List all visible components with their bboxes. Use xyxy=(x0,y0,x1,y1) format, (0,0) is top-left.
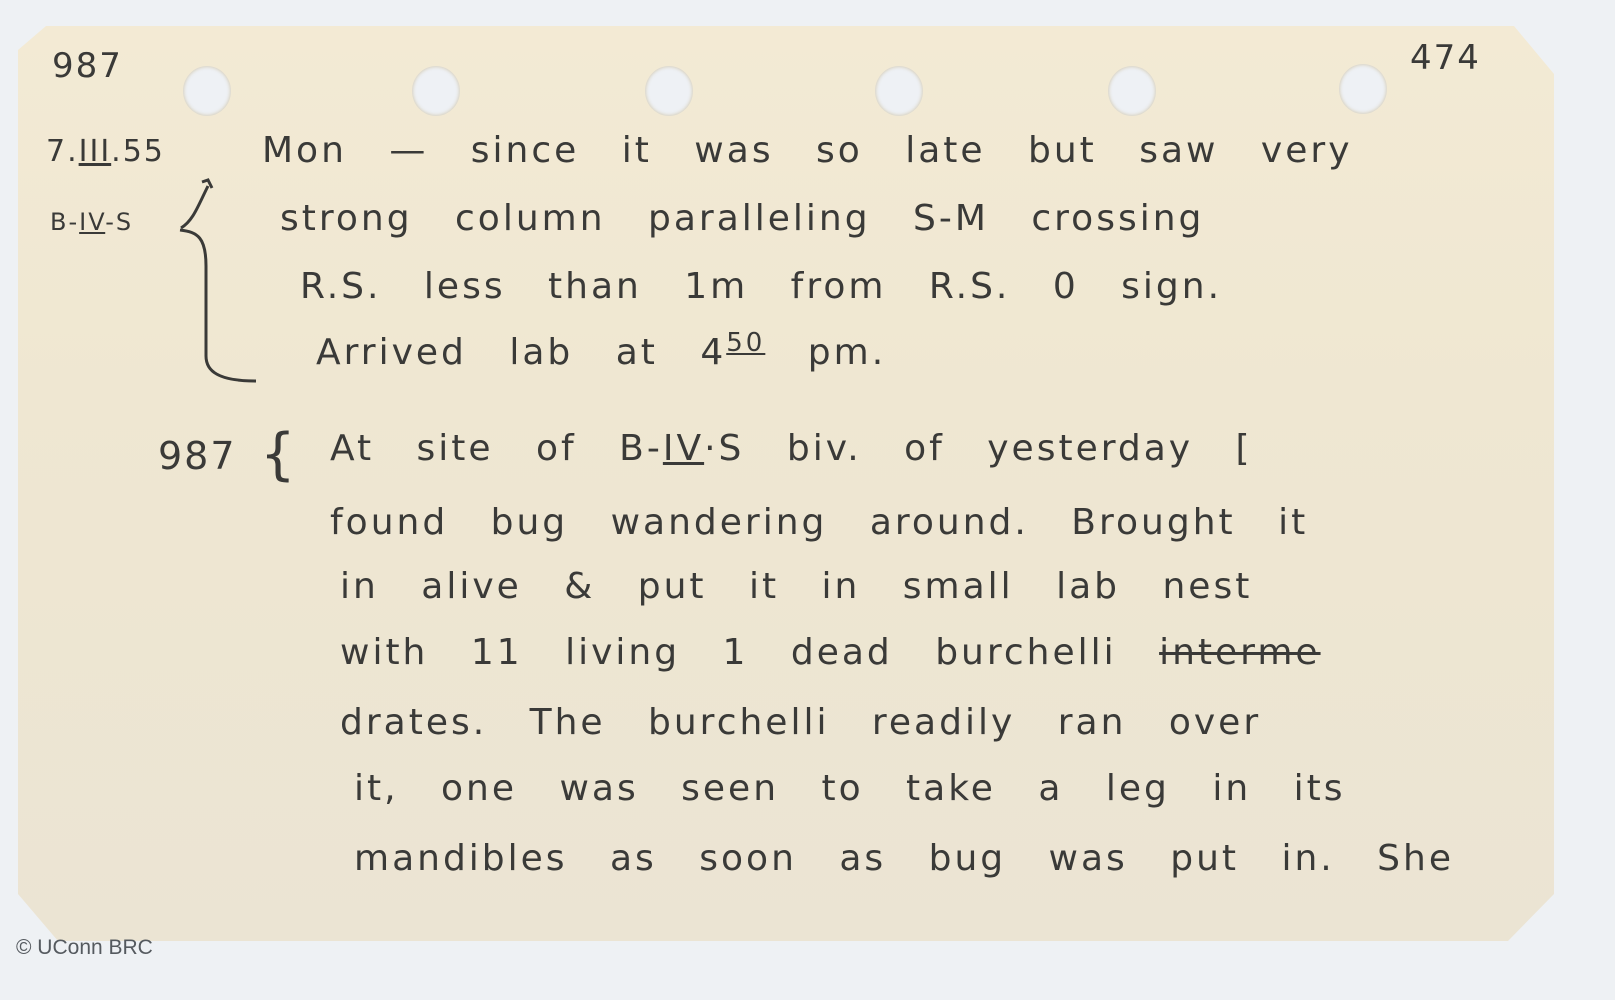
index-card: 987 474 7.III.55 Mon — since it was so l… xyxy=(18,26,1554,941)
copyright-watermark: © UConn BRC xyxy=(16,936,153,960)
entry2-line-7: mandibles as soon as bug was put in. She xyxy=(354,838,1454,879)
curly-brace-arrow-icon xyxy=(168,176,268,386)
card-number-right: 474 xyxy=(1410,38,1481,78)
punch-hole xyxy=(1339,64,1387,114)
card-number-left: 987 xyxy=(52,46,123,86)
punch-hole xyxy=(875,66,923,116)
entry2-margin-number: 987 xyxy=(158,434,237,478)
entry2-line-5: drates. The burchelli readily ran over xyxy=(340,702,1261,743)
entry2-line-3: in alive & put it in small lab nest xyxy=(340,566,1252,607)
entry2-brace: { xyxy=(260,422,298,487)
punch-hole xyxy=(1108,66,1156,116)
entry1-line-4: Arrived lab at 450 pm. xyxy=(316,328,886,373)
entry-date: 7.III.55 xyxy=(46,134,165,169)
entry2-line-2: found bug wandering around. Brought it xyxy=(330,502,1308,543)
punch-hole xyxy=(412,66,460,116)
punch-hole xyxy=(183,66,231,116)
entry2-line-1: At site of B-IV·S biv. of yesterday [ xyxy=(330,428,1253,469)
margin-ref: B-IV-S xyxy=(50,208,133,236)
punch-hole xyxy=(645,66,693,116)
entry2-line-6: it, one was seen to take a leg in its xyxy=(354,768,1345,809)
entry2-line-4: with 11 living 1 dead burchelli interme xyxy=(340,632,1321,673)
entry1-line-3: R.S. less than 1m from R.S. 0 sign. xyxy=(300,266,1222,307)
entry1-line-2: strong column paralleling S-M crossing xyxy=(280,198,1204,239)
entry1-line-1: Mon — since it was so late but saw very xyxy=(262,130,1353,171)
